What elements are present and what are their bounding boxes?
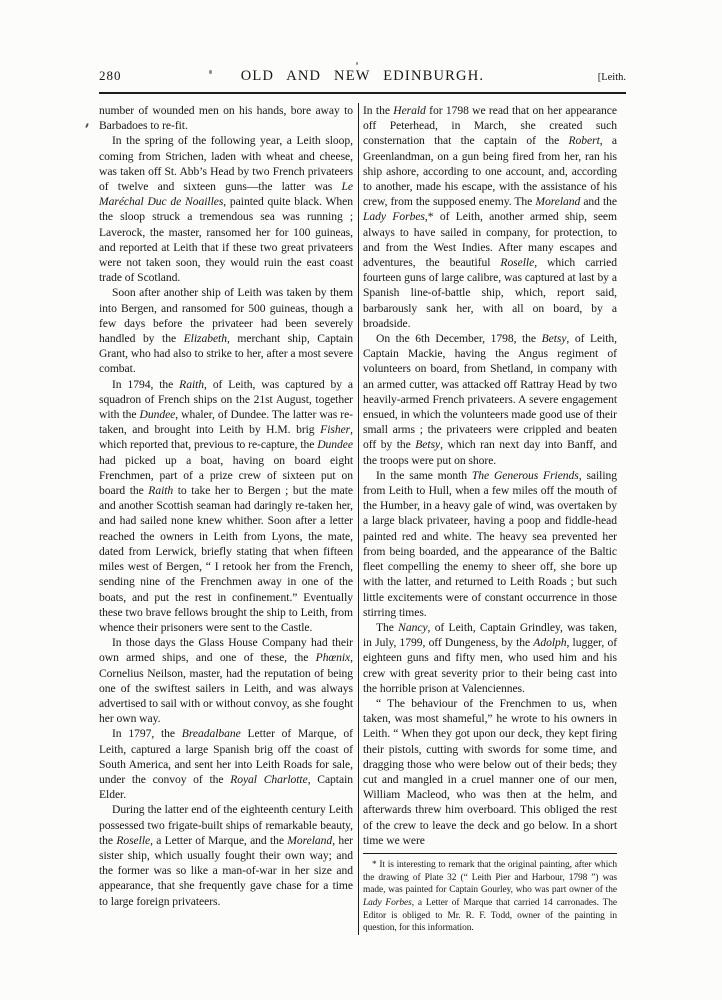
text-run: * It is interesting to remark that the o… — [363, 860, 617, 895]
paragraph: In 1794, the Raith, of Leith, was captur… — [99, 377, 353, 635]
paragraph: Soon after another ship of Leith was tak… — [99, 285, 353, 376]
italic-text: Breadalbane — [182, 727, 241, 740]
left-column: number of wounded men on his hands, bore… — [99, 103, 353, 935]
text-run: In 1797, the — [112, 727, 182, 740]
italic-text: Phœnix — [316, 651, 350, 664]
paragraph: In those days the Glass House Company ha… — [99, 635, 353, 726]
right-column: In the Herald for 1798 we read that on h… — [363, 103, 617, 935]
text-run: , painted quite black. When the sloop st… — [99, 195, 353, 284]
italic-text: Dundee — [140, 408, 176, 421]
paragraph: * It is interesting to remark that the o… — [363, 859, 617, 935]
italic-text: Raith — [148, 484, 173, 497]
scan-speck — [356, 62, 358, 65]
italic-text: Adolph — [533, 636, 566, 649]
two-column-layout: number of wounded men on his hands, bore… — [99, 103, 626, 935]
italic-text: Robert — [569, 134, 600, 147]
page-number: 280 — [99, 68, 169, 84]
text-run: number of wounded men on his hands, bore… — [99, 104, 353, 132]
italic-text: Moreland — [287, 834, 332, 847]
paragraph: The Nancy, of Leith, Captain Grindley, w… — [363, 620, 617, 696]
italic-text: Elizabeth — [184, 332, 227, 345]
book-page: 280 OLD AND NEW EDINBURGH. [Leith. numbe… — [0, 0, 722, 1000]
italic-text: Moreland — [535, 195, 580, 208]
text-run: In the — [363, 104, 393, 117]
running-title: OLD AND NEW EDINBURGH. — [169, 68, 556, 85]
italic-text: The Generous Friends — [472, 469, 579, 482]
running-head-right: [Leith. — [556, 72, 626, 83]
italic-text: Royal Charlotte — [230, 773, 308, 786]
paragraph: In the Herald for 1798 we read that on h… — [363, 103, 617, 331]
text-block: 280 OLD AND NEW EDINBURGH. [Leith. numbe… — [99, 68, 626, 935]
text-run: to take her to Bergen ; but the mate and… — [99, 484, 353, 634]
italic-text: Fisher — [320, 423, 350, 436]
text-run: In 1794, the — [112, 378, 179, 391]
italic-text: Roselle — [500, 256, 534, 269]
italic-text: Lady Forbes — [363, 898, 412, 908]
paragraph: “ The behaviour of the Frenchmen to us, … — [363, 696, 617, 848]
text-run: The — [376, 621, 398, 634]
italic-text: Herald — [393, 104, 426, 117]
text-run: , of Leith, Captain Mackie, having the A… — [363, 332, 617, 451]
column-divider — [358, 103, 359, 935]
text-run: , sailing from Leith to Hull, when a few… — [363, 469, 617, 619]
text-run: “ The behaviour of the Frenchmen to us, … — [363, 697, 617, 847]
italic-text: Raith — [179, 378, 204, 391]
right-column-text: In the Herald for 1798 we read that on h… — [363, 103, 617, 848]
paragraph: number of wounded men on his hands, bore… — [99, 103, 353, 133]
scan-speck — [85, 123, 89, 128]
page-header: 280 OLD AND NEW EDINBURGH. [Leith. — [99, 68, 626, 85]
text-run: , a Letter of Marque, and the — [150, 834, 287, 847]
italic-text: Betsy — [542, 332, 567, 345]
header-rule — [99, 92, 626, 94]
footnote: * It is interesting to remark that the o… — [363, 853, 617, 935]
paragraph: On the 6th December, 1798, the Betsy, of… — [363, 331, 617, 468]
italic-text: Lady Forbes — [363, 210, 425, 223]
text-run: In the spring of the following year, a L… — [99, 134, 353, 193]
italic-text: Nancy — [398, 621, 427, 634]
italic-text: Dundee — [317, 438, 353, 451]
italic-text: Roselle — [116, 834, 150, 847]
paragraph: In the same month The Generous Friends, … — [363, 468, 617, 620]
scan-speck — [209, 70, 212, 74]
paragraph: During the latter end of the eighteenth … — [99, 802, 353, 908]
paragraph: In the spring of the following year, a L… — [99, 133, 353, 285]
text-run: In the same month — [376, 469, 472, 482]
text-run: and the — [580, 195, 617, 208]
italic-text: Betsy — [415, 438, 440, 451]
paragraph: In 1797, the Breadalbane Letter of Marqu… — [99, 726, 353, 802]
text-run: On the 6th December, 1798, the — [376, 332, 542, 345]
